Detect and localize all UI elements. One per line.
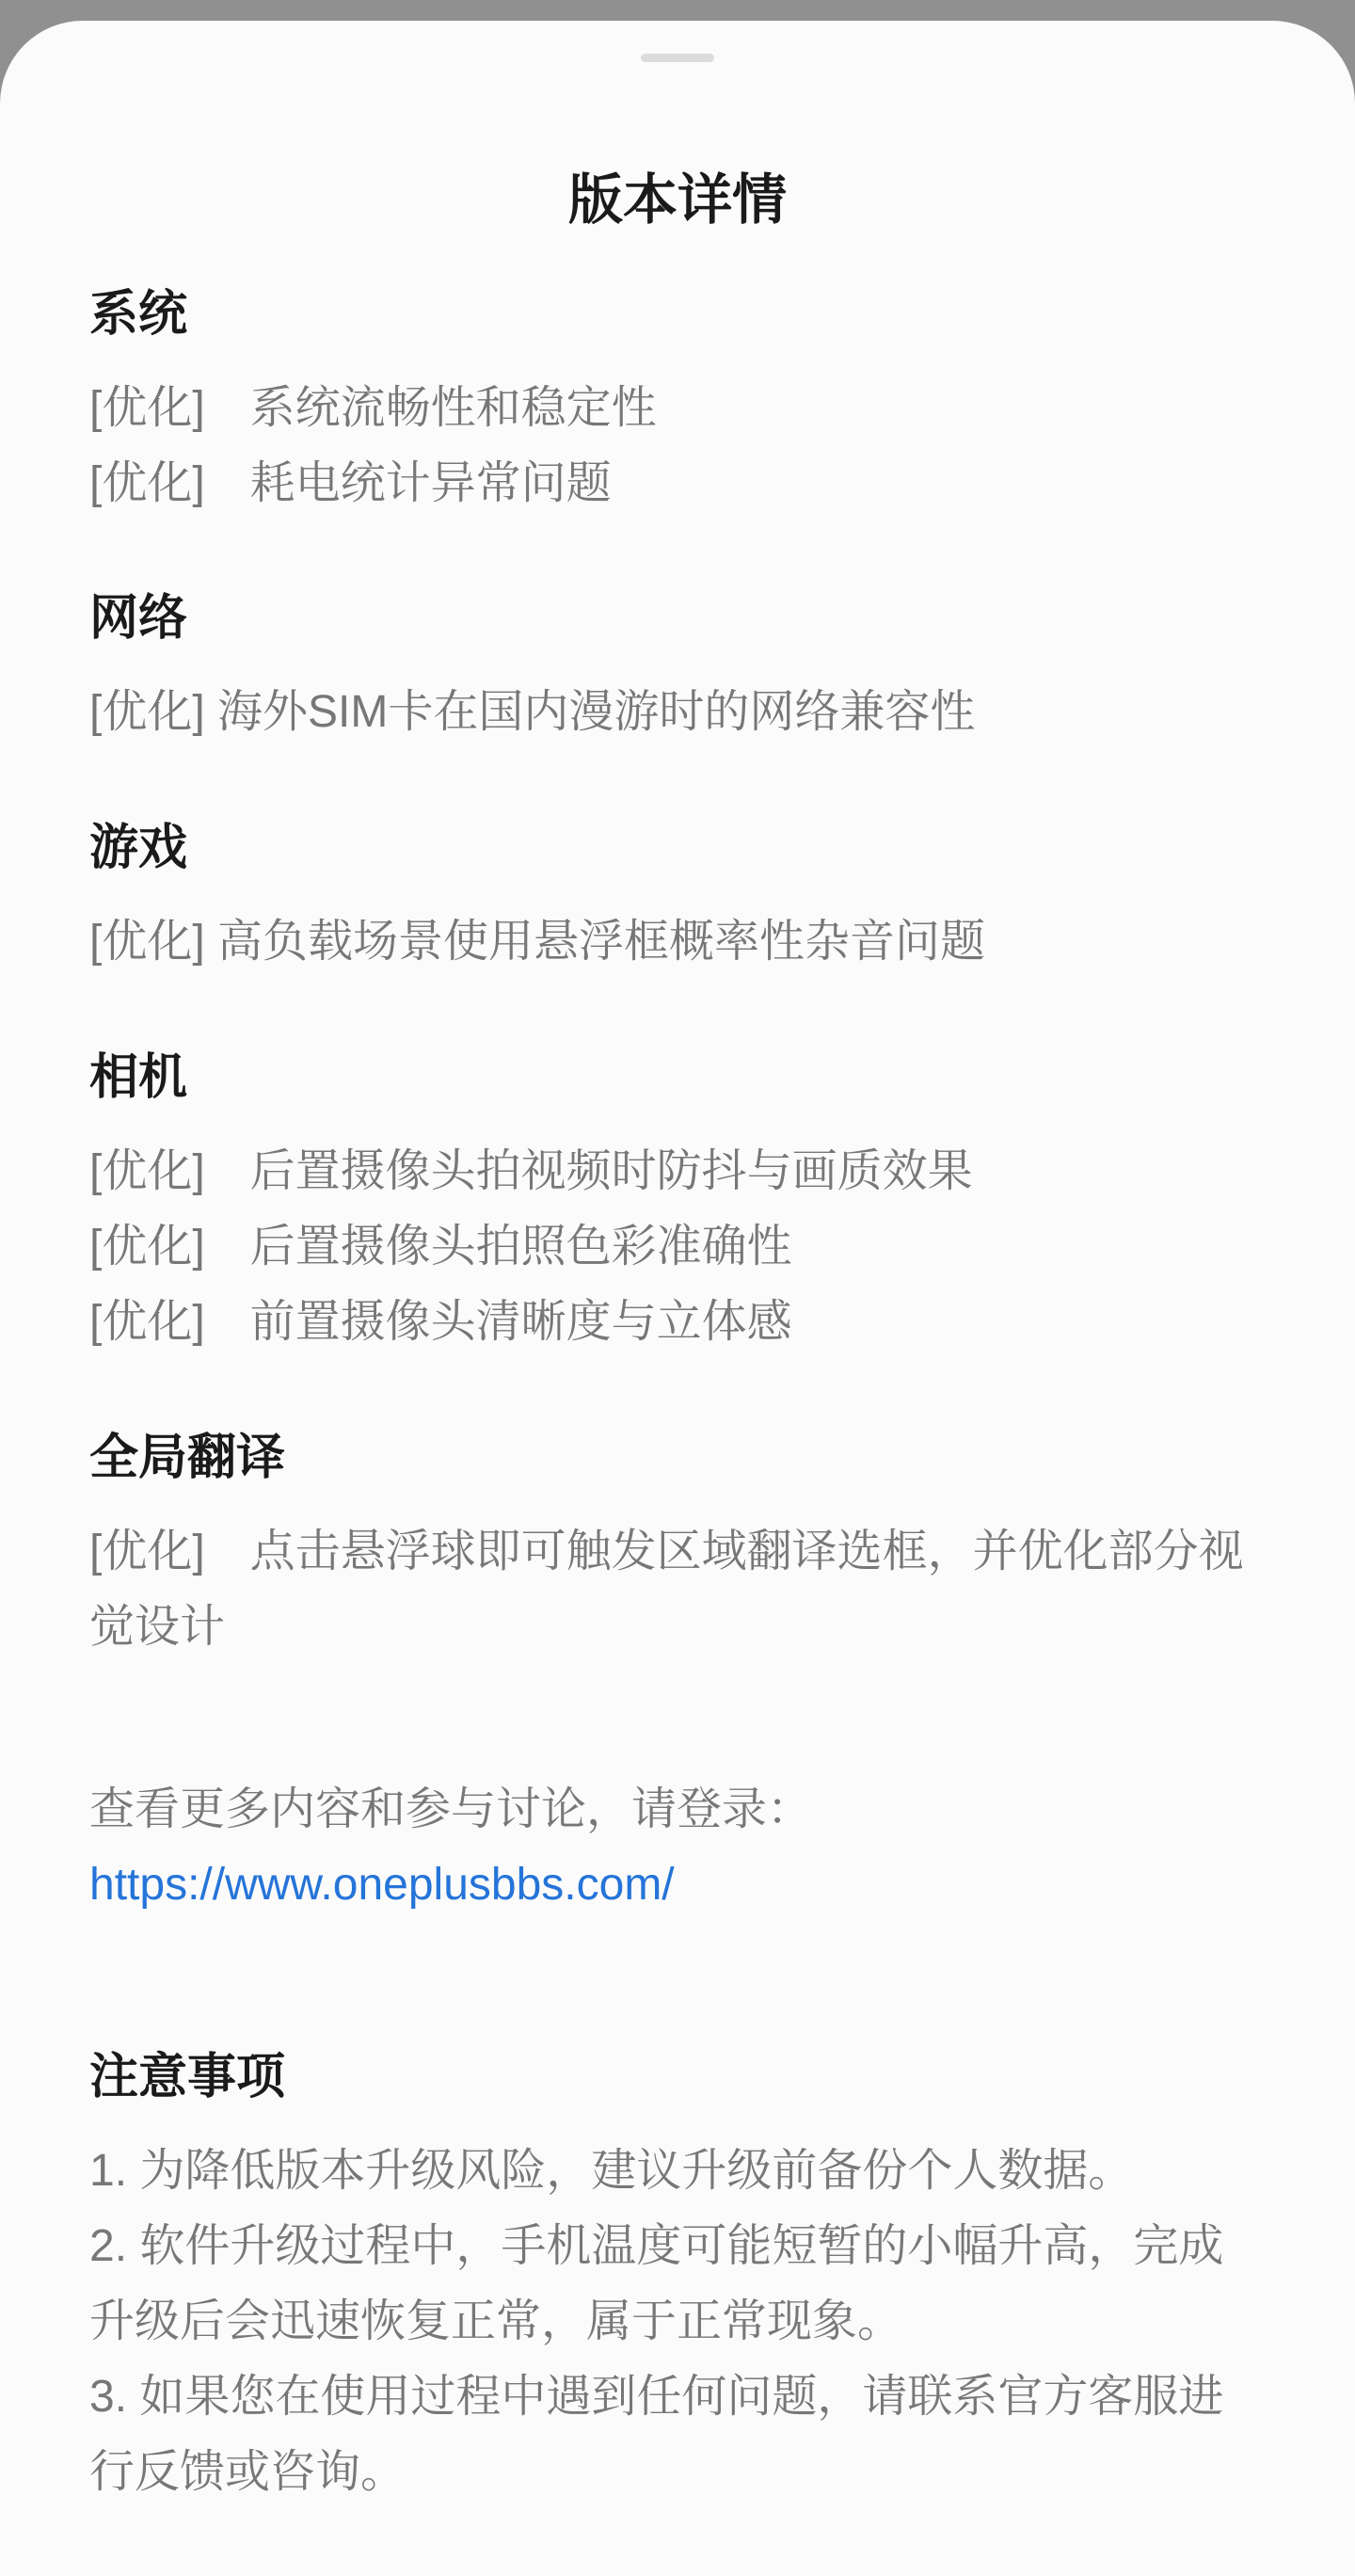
changelog-list: [优化] 后置摄像头拍视频时防抖与画质效果 [优化] 后置摄像头拍照色彩准确性 … (89, 1134, 1266, 1360)
version-details-sheet: 版本详情 系统 [优化] 系统流畅性和稳定性 [优化] 耗电统计异常问题 网络 … (0, 21, 1355, 2576)
changelog-list: [优化] 系统流畅性和稳定性 [优化] 耗电统计异常问题 (89, 371, 1266, 521)
changelog-item: [优化] 点击悬浮球即可触发区域翻译选框，并优化部分视觉设计 (89, 1514, 1266, 1665)
changelog-item: [优化] 系统流畅性和稳定性 (89, 371, 1266, 446)
forum-block: 查看更多内容和参与讨论，请登录： https://www.oneplusbbs.… (89, 1772, 1266, 1923)
section-network: 网络 [优化] 海外SIM卡在国内漫游时的网络兼容性 (89, 594, 1266, 750)
note-item: 3. 如果您在使用过程中遇到任何问题，请联系官方客服进行反馈或咨询。 (89, 2360, 1266, 2510)
section-games: 游戏 [优化] 高负载场景使用悬浮框概率性杂音问题 (89, 824, 1266, 980)
changelog-item: [优化] 后置摄像头拍照色彩准确性 (89, 1209, 1266, 1285)
section-heading: 相机 (89, 1053, 1266, 1102)
changelog-list: [优化] 高负载场景使用悬浮框概率性杂音问题 (89, 904, 1266, 980)
changelog-list: [优化] 海外SIM卡在国内漫游时的网络兼容性 (89, 675, 1266, 750)
section-camera: 相机 [优化] 后置摄像头拍视频时防抖与画质效果 [优化] 后置摄像头拍照色彩准… (89, 1053, 1266, 1360)
page-title: 版本详情 (0, 173, 1355, 228)
drag-handle[interactable] (641, 54, 714, 62)
changelog-item: [优化] 后置摄像头拍视频时防抖与画质效果 (89, 1134, 1266, 1209)
changelog-list: [优化] 点击悬浮球即可触发区域翻译选框，并优化部分视觉设计 (89, 1514, 1266, 1665)
note-item: 2. 软件升级过程中，手机温度可能短暂的小幅升高，完成升级后会迅速恢复正常，属于… (89, 2209, 1266, 2360)
changelog-item: [优化] 前置摄像头清晰度与立体感 (89, 1285, 1266, 1360)
section-system: 系统 [优化] 系统流畅性和稳定性 [优化] 耗电统计异常问题 (89, 290, 1266, 521)
forum-link[interactable]: https://www.oneplusbbs.com/ (89, 1848, 675, 1923)
changelog-item: [优化] 耗电统计异常问题 (89, 446, 1266, 521)
changelog-item: [优化] 高负载场景使用悬浮框概率性杂音问题 (89, 904, 1266, 980)
note-item: 1. 为降低版本升级风险，建议升级前备份个人数据。 (89, 2134, 1266, 2209)
section-heading: 网络 (89, 594, 1266, 643)
notes-section: 注意事项 1. 为降低版本升级风险，建议升级前备份个人数据。 2. 软件升级过程… (89, 2053, 1266, 2510)
forum-login-prompt: 查看更多内容和参与讨论，请登录： (89, 1772, 1266, 1848)
section-global-translation: 全局翻译 [优化] 点击悬浮球即可触发区域翻译选框，并优化部分视觉设计 (89, 1433, 1266, 1665)
section-heading: 游戏 (89, 824, 1266, 872)
section-heading: 系统 (89, 290, 1266, 339)
notes-heading: 注意事项 (89, 2053, 1266, 2102)
notes-list: 1. 为降低版本升级风险，建议升级前备份个人数据。 2. 软件升级过程中，手机温… (89, 2134, 1266, 2510)
section-heading: 全局翻译 (89, 1433, 1266, 1482)
changelog-item: [优化] 海外SIM卡在国内漫游时的网络兼容性 (89, 675, 1266, 750)
